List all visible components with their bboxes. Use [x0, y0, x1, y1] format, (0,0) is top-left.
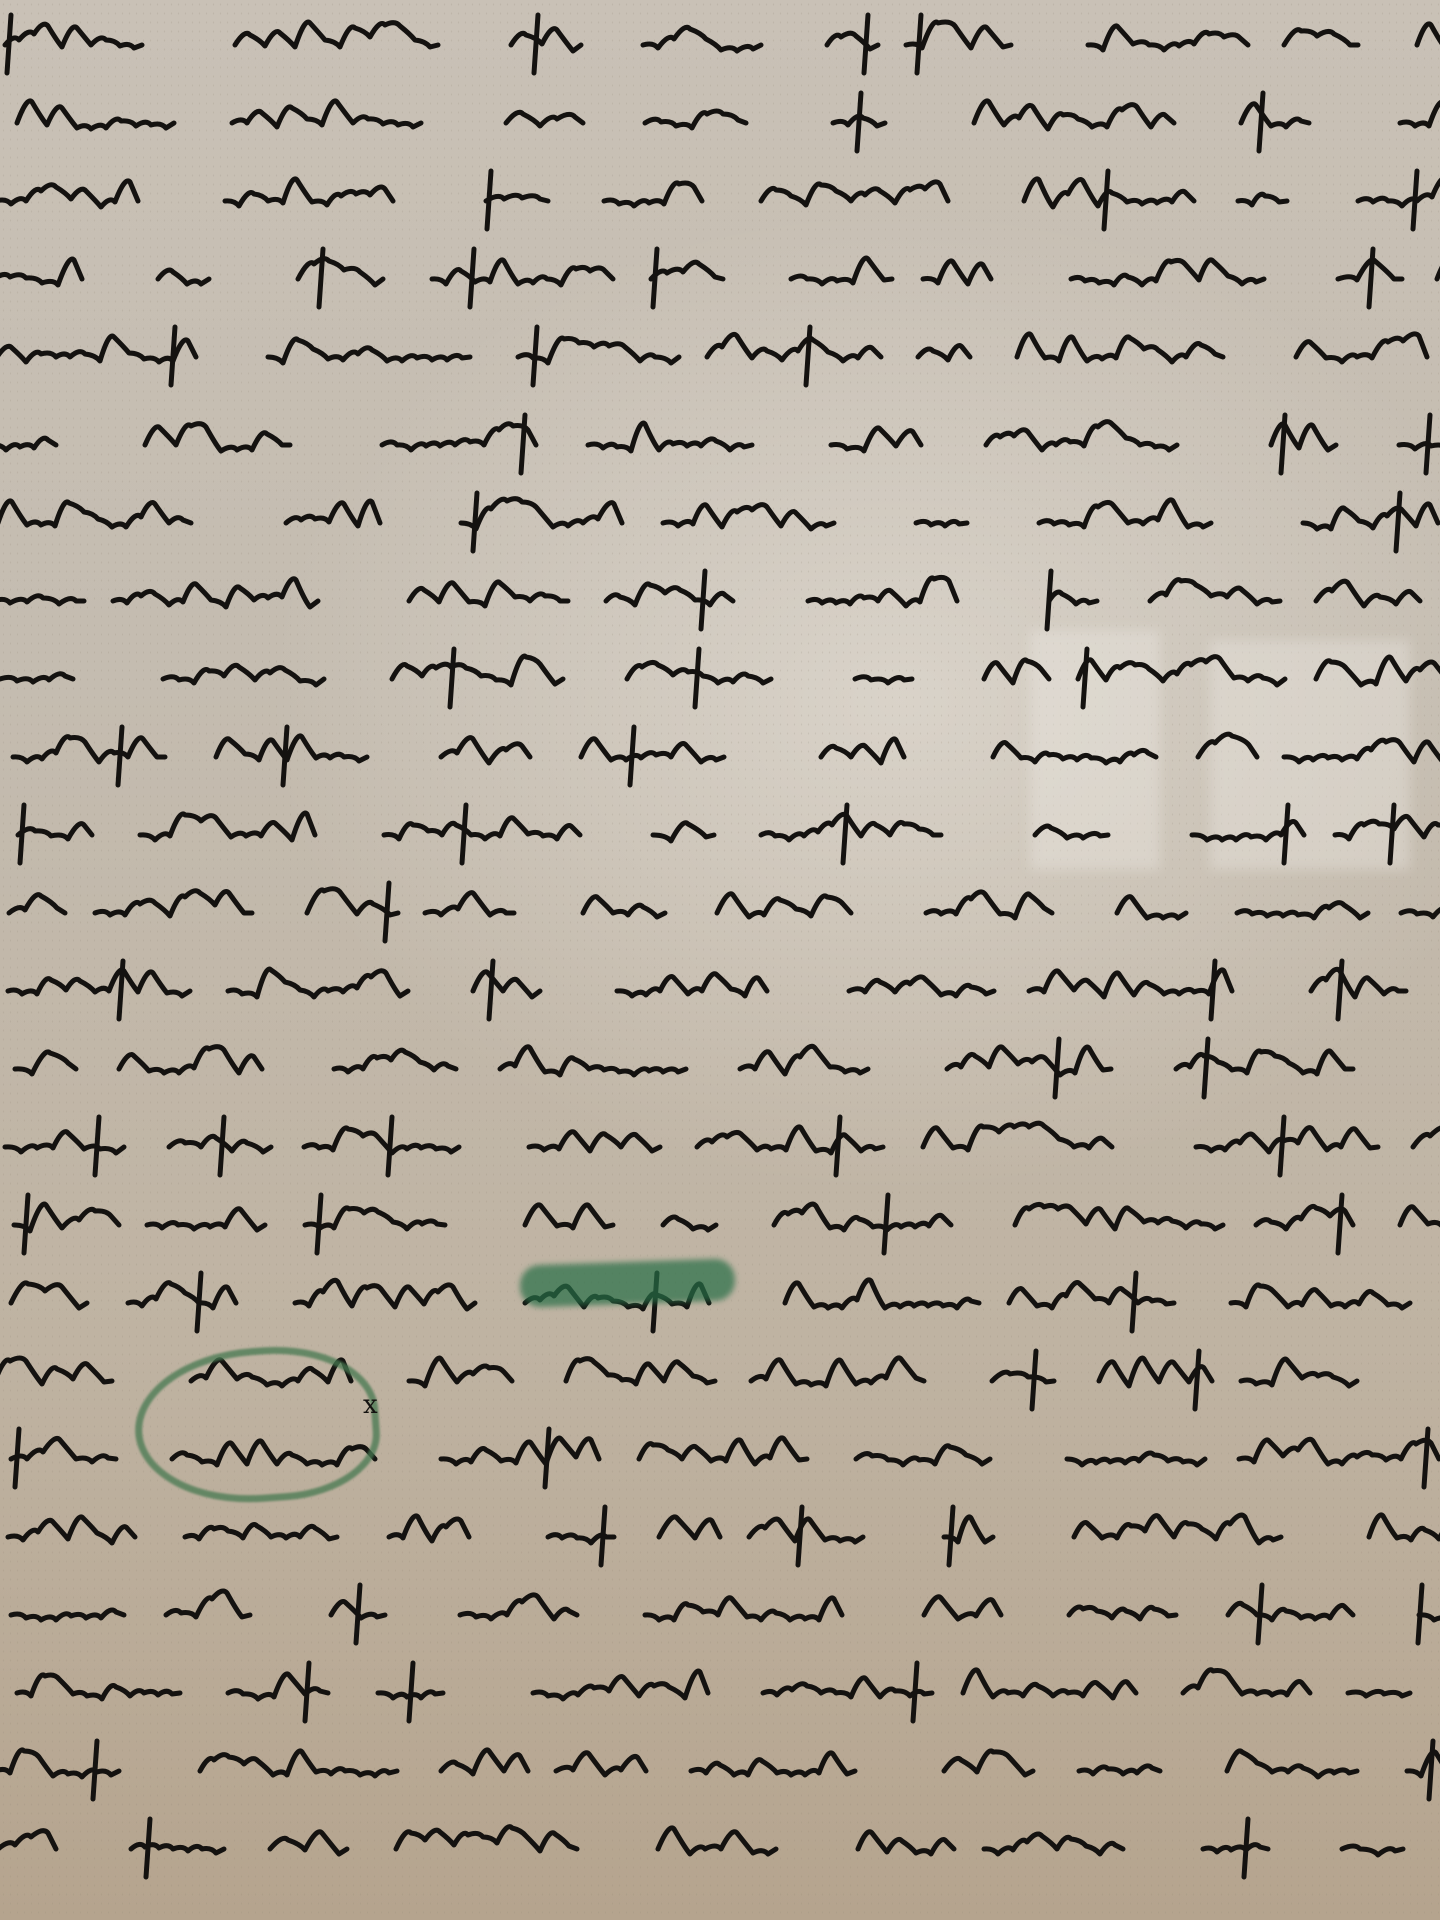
shorthand-stroke: [356, 1585, 360, 1643]
shorthand-word: [305, 1208, 445, 1229]
shorthand-word: [1296, 334, 1427, 362]
shorthand-stroke: [653, 249, 657, 307]
shorthand-word: [1009, 1283, 1174, 1309]
shorthand-stroke: [385, 883, 389, 941]
shorthand-stroke: [1104, 171, 1108, 229]
shorthand-word: [200, 1751, 397, 1776]
shorthand-word: [717, 894, 851, 917]
shorthand-word: [707, 334, 881, 361]
shorthand-word: [461, 499, 622, 529]
shorthand-word: [1316, 581, 1420, 606]
shorthand-word: [691, 1753, 855, 1775]
shorthand-word: [506, 112, 583, 126]
shorthand-word: [856, 1446, 990, 1465]
shorthand-word: [1198, 734, 1257, 757]
shorthand-word: [0, 336, 196, 362]
shorthand-stroke: [95, 1117, 99, 1175]
shorthand-word: [645, 111, 746, 128]
shorthand-stroke: [197, 1273, 201, 1331]
shorthand-word: [145, 424, 290, 451]
shorthand-word: [166, 1591, 250, 1617]
footnote-marker: x: [363, 1390, 378, 1420]
shorthand-word: [993, 743, 1156, 763]
shorthand-word: [831, 428, 921, 451]
shorthand-word: [228, 1674, 328, 1699]
shorthand-stroke: [917, 15, 921, 73]
shorthand-word: [1067, 1453, 1205, 1465]
shorthand-word: [0, 1750, 119, 1777]
shorthand-word: [749, 1519, 863, 1542]
shorthand-word: [1369, 1515, 1440, 1540]
shorthand-word: [460, 1595, 577, 1619]
shorthand-word: [500, 1047, 686, 1075]
shorthand-word: [1049, 592, 1097, 604]
shorthand-word: [827, 33, 878, 49]
shorthand-word: [389, 1516, 469, 1541]
shorthand-word: [697, 1127, 883, 1153]
shorthand-word: [658, 1828, 776, 1854]
shorthand-word: [15, 1052, 76, 1074]
shorthand-word: [384, 818, 580, 839]
shorthand-word: [425, 893, 514, 915]
shorthand-word: [1417, 24, 1440, 50]
shorthand-word: [1017, 334, 1223, 362]
shorthand-word: [95, 891, 252, 916]
shorthand-word: [1069, 1607, 1176, 1619]
shorthand-word: [1150, 580, 1280, 604]
shorthand-word: [1401, 891, 1440, 917]
shorthand-stroke: [171, 327, 175, 385]
shorthand-stroke: [388, 1117, 392, 1175]
shorthand-stroke: [1244, 1819, 1248, 1877]
shorthand-word: [663, 505, 834, 529]
shorthand-word: [11, 1610, 124, 1620]
shorthand-word: [1015, 1204, 1223, 1229]
shorthand-word: [5, 24, 142, 48]
shorthand-word: [1196, 1128, 1378, 1152]
green-highlight-mark: [519, 1258, 735, 1307]
shorthand-stroke: [1396, 493, 1400, 551]
shorthand-word: [473, 972, 540, 997]
shorthand-word: [984, 1834, 1123, 1854]
shorthand-word: [1407, 1751, 1440, 1776]
shorthand-word: [396, 1827, 577, 1851]
shorthand-word: [140, 813, 315, 840]
shorthand-word: [119, 1047, 262, 1073]
shorthand-word: [441, 1438, 599, 1464]
shorthand-word: [11, 1283, 87, 1308]
handwriting-lines: [0, 0, 1440, 1920]
shorthand-word: [923, 1123, 1112, 1150]
shorthand-word: [18, 824, 92, 839]
shorthand-word: [0, 501, 191, 527]
shorthand-stroke: [283, 727, 287, 785]
shorthand-stroke: [1429, 1741, 1433, 1799]
shorthand-word: [235, 22, 438, 47]
shorthand-word: [992, 1372, 1054, 1382]
shorthand-stroke: [489, 961, 493, 1019]
shorthand-word: [131, 1844, 224, 1853]
shorthand-word: [113, 579, 318, 607]
shorthand-stroke: [93, 1741, 97, 1799]
shorthand-stroke: [1047, 571, 1051, 629]
shorthand-word: [606, 584, 733, 605]
shorthand-stroke: [545, 1429, 549, 1487]
shorthand-stroke: [864, 15, 868, 73]
shorthand-stroke: [118, 727, 122, 785]
shorthand-stroke: [470, 249, 474, 307]
shorthand-stroke: [1390, 805, 1394, 863]
shorthand-word: [441, 738, 530, 763]
shorthand-stroke: [7, 15, 11, 73]
shorthand-word: [653, 823, 714, 841]
shorthand-stroke: [533, 327, 537, 385]
shorthand-stroke: [1338, 1195, 1342, 1253]
shorthand-stroke: [462, 805, 466, 863]
shorthand-word: [763, 1678, 932, 1697]
shorthand-stroke: [317, 1195, 321, 1253]
shorthand-word: [1241, 104, 1309, 127]
shorthand-word: [855, 677, 912, 683]
shorthand-word: [232, 101, 421, 127]
shorthand-word: [1413, 1127, 1440, 1147]
shorthand-word: [5, 1132, 124, 1153]
shorthand-stroke: [798, 1507, 802, 1565]
shorthand-word: [1227, 1751, 1357, 1777]
shorthand-word: [791, 258, 892, 284]
shorthand-word: [651, 262, 723, 279]
shorthand-word: [785, 1280, 979, 1308]
shorthand-word: [1029, 970, 1232, 997]
shorthand-word: [808, 577, 957, 606]
shorthand-word: [1228, 1603, 1353, 1620]
shorthand-stroke: [24, 1195, 28, 1253]
shorthand-stroke: [601, 1507, 605, 1565]
shorthand-word: [617, 974, 767, 996]
shorthand-word: [947, 1047, 1111, 1075]
shorthand-stroke: [1032, 1351, 1036, 1409]
shorthand-stroke: [220, 1117, 224, 1175]
shorthand-word: [163, 665, 324, 685]
shorthand-stroke: [1413, 171, 1417, 229]
shorthand-word: [1117, 897, 1186, 918]
shorthand-word: [216, 736, 367, 761]
shorthand-word: [334, 1050, 456, 1072]
shorthand-word: [761, 182, 948, 205]
shorthand-word: [298, 259, 383, 285]
shorthand-stroke: [1426, 415, 1430, 473]
shorthand-word: [1316, 657, 1440, 685]
shorthand-stroke: [1195, 1351, 1199, 1409]
shorthand-stroke: [695, 649, 699, 707]
shorthand-word: [1241, 1359, 1357, 1386]
shorthand-word: [974, 101, 1174, 129]
shorthand-word: [821, 739, 904, 763]
shorthand-word: [604, 183, 702, 206]
shorthand-word: [525, 1205, 613, 1228]
shorthand-stroke: [1132, 1273, 1136, 1331]
shorthand-word: [0, 181, 138, 207]
shorthand-stroke: [630, 727, 634, 785]
shorthand-stroke: [473, 493, 477, 551]
shorthand-word: [986, 422, 1177, 450]
shorthand-word: [1088, 26, 1248, 50]
shorthand-word: [0, 674, 73, 682]
shorthand-stroke: [534, 15, 538, 73]
shorthand-stroke: [15, 1429, 19, 1487]
shorthand-word: [1239, 1439, 1439, 1464]
shorthand-word: [0, 1358, 112, 1384]
shorthand-word: [0, 438, 56, 450]
shorthand-word: [1176, 1051, 1353, 1074]
shorthand-word: [581, 739, 724, 762]
shorthand-word: [286, 501, 380, 526]
shorthand-word: [533, 1671, 708, 1699]
shorthand-word: [1358, 178, 1440, 206]
shorthand-stroke: [409, 1663, 413, 1721]
shorthand-word: [643, 27, 761, 51]
shorthand-word: [529, 1132, 660, 1151]
shorthand-stroke: [1083, 649, 1087, 707]
shorthand-word: [158, 270, 209, 284]
shorthand-word: [916, 521, 967, 526]
shorthand-stroke: [836, 1117, 840, 1175]
shorthand-word: [1203, 1845, 1268, 1852]
shorthand-stroke: [701, 571, 705, 629]
shorthand-word: [1071, 260, 1264, 285]
shorthand-stroke: [913, 1663, 917, 1721]
shorthand-word: [225, 179, 393, 206]
shorthand-stroke: [450, 649, 454, 707]
shorthand-stroke: [1280, 1117, 1284, 1175]
shorthand-word: [1183, 1670, 1310, 1695]
shorthand-word: [588, 423, 752, 451]
shorthand-stroke: [1259, 93, 1263, 151]
shorthand-word: [1039, 500, 1211, 527]
shorthand-word: [751, 1358, 924, 1386]
shorthand-word: [849, 977, 994, 996]
shorthand-word: [13, 737, 165, 762]
shorthand-word: [228, 969, 408, 997]
shorthand-word: [9, 895, 65, 913]
shorthand-word: [1078, 657, 1285, 685]
shorthand-word: [659, 1517, 720, 1538]
shorthand-word: [11, 1439, 116, 1463]
shorthand-word: [645, 1598, 842, 1620]
shorthand-word: [984, 660, 1049, 683]
shorthand-word: [17, 101, 174, 129]
shorthand-stroke: [305, 1663, 309, 1721]
shorthand-stroke: [146, 1819, 150, 1877]
shorthand-word: [0, 596, 84, 604]
shorthand-word: [307, 889, 398, 915]
shorthand-word: [583, 897, 665, 917]
shorthand-word: [392, 656, 563, 685]
shorthand-word: [128, 1283, 236, 1308]
shorthand-word: [566, 1359, 715, 1384]
shorthand-word: [1342, 1846, 1403, 1855]
shorthand-word: [0, 1831, 56, 1849]
shorthand-word: [409, 1358, 512, 1386]
shorthand-word: [295, 1280, 475, 1309]
shorthand-word: [1238, 194, 1287, 205]
shorthand-word: [740, 1046, 868, 1074]
shorthand-word: [1311, 969, 1406, 997]
shorthand-word: [14, 1204, 119, 1231]
shorthand-stroke: [20, 805, 24, 863]
shorthand-stroke: [1204, 1039, 1208, 1097]
shorthand-stroke: [806, 327, 810, 385]
shorthand-word: [1335, 816, 1440, 839]
shorthand-stroke: [1418, 1585, 1422, 1643]
shorthand-word: [774, 1204, 951, 1230]
shorthand-word: [926, 892, 1052, 918]
shorthand-word: [924, 1597, 1001, 1619]
shorthand-word: [268, 339, 470, 363]
shorthand-word: [556, 1753, 646, 1775]
shorthand-word: [1079, 1766, 1160, 1774]
shorthand-word: [1237, 903, 1368, 918]
shorthand-word: [441, 1750, 528, 1774]
shorthand-word: [858, 1832, 954, 1854]
shorthand-stroke: [1369, 249, 1373, 307]
shorthand-word: [1231, 1285, 1410, 1308]
shorthand-stroke: [1284, 805, 1288, 863]
shorthand-word: [304, 1128, 459, 1153]
shorthand-word: [147, 1209, 265, 1230]
shorthand-stroke: [1258, 1585, 1262, 1643]
shorthand-word: [1284, 740, 1440, 762]
shorthand-word: [944, 1751, 1033, 1775]
shorthand-word: [1400, 102, 1440, 128]
shorthand-word: [918, 346, 970, 360]
shorthand-word: [923, 261, 991, 284]
shorthand-word: [761, 814, 941, 840]
manuscript-page: x handwritten manuscript page (stenograp…: [0, 0, 1440, 1920]
shorthand-stroke: [949, 1507, 953, 1565]
shorthand-word: [963, 1670, 1136, 1698]
shorthand-word: [511, 29, 581, 51]
shorthand-stroke: [1211, 961, 1215, 1019]
shorthand-stroke: [884, 1195, 888, 1253]
shorthand-stroke: [1055, 1039, 1059, 1097]
shorthand-word: [1348, 1691, 1410, 1696]
shorthand-word: [639, 1438, 807, 1464]
shorthand-word: [1074, 1515, 1281, 1543]
shorthand-word: [1399, 444, 1440, 450]
shorthand-word: [663, 1217, 716, 1230]
shorthand-word: [1400, 1207, 1440, 1230]
shorthand-stroke: [857, 93, 861, 151]
shorthand-word: [409, 582, 568, 606]
shorthand-word: [185, 1525, 337, 1540]
shorthand-word: [270, 1832, 347, 1854]
shorthand-word: [1284, 30, 1358, 45]
shorthand-word: [17, 1675, 180, 1699]
shorthand-word: [486, 195, 548, 201]
shorthand-word: [8, 1517, 135, 1543]
shorthand-word: [518, 338, 679, 363]
shorthand-stroke: [487, 171, 491, 229]
shorthand-word: [1035, 826, 1108, 838]
shorthand-word: [432, 260, 613, 285]
shorthand-word: [8, 970, 190, 996]
shorthand-word: [0, 259, 82, 285]
shorthand-word: [1303, 504, 1438, 529]
shorthand-word: [382, 424, 536, 450]
